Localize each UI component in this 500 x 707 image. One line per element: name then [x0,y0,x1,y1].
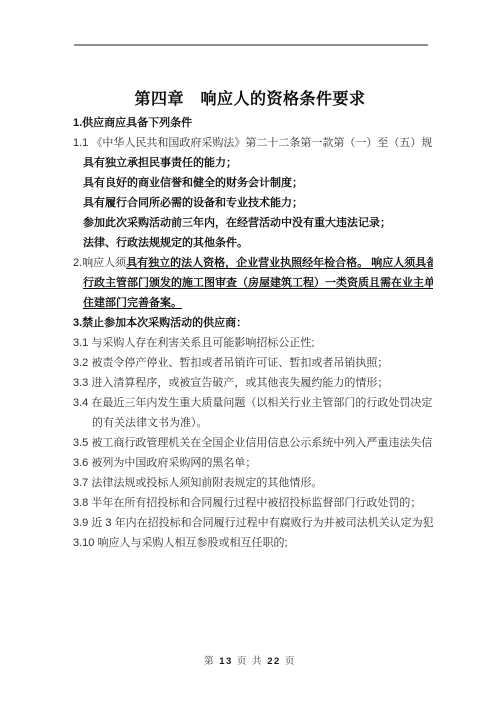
doc-line-condition-e: 法律、行政法规规定的其他条件。 [73,233,433,253]
doc-line-3-7: 3.7 法律法规或投标人须知前附表规定的其他情形。 [73,473,433,493]
doc-line-condition-d: 参加此次采购活动前三年内，在经营活动中没有重大违法记录； [73,213,433,233]
page-number-footer: 第 13 页 共 22 页 [0,653,500,667]
doc-line-1-1: 1.1 《中华人民共和国政府采购法》第二十二条第一款第（一）至（五）规定的条件： [73,133,433,153]
doc-line-section2-part2: 行政主管部门颁发的施工图审查（房屋建筑工程）一类资质且需在业主单位所在地的市级 [73,273,433,293]
doc-line-3-4: 3.4 在最近三年内发生重大质量问题（以相关行业主管部门的行政处罚决定或司法机关… [73,393,433,413]
doc-line-3-1: 3.1 与采购人存在利害关系且可能影响招标公正性; [73,333,433,353]
doc-line-3-2: 3.2 被责令停产停业、暂扣或者吊销许可证、暂扣或者吊销执照； [73,353,433,373]
doc-line-3-6: 3.6 被列为中国政府采购网的黑名单； [73,453,433,473]
document-body: 1.供应商应具备下列条件 1.1 《中华人民共和国政府采购法》第二十二条第一款第… [73,113,433,553]
chapter-title: 第四章 响应人的资格条件要求 [0,86,500,109]
doc-line-3-8: 3.8 半年在所有招投标和合同履行过程中被招投标监督部门行政处罚的； [73,493,433,513]
doc-line-3-4-cont: 的有关法律文书为准）。 [73,413,433,433]
doc-line-section2-part1: 2.响应人须具有独立的法人资格，企业营业执照经年检合格。 响应人须具备具有国家建… [73,253,433,273]
doc-line-3-5: 3.5 被工商行政管理机关在全国企业信用信息公示系统中列入严重违法失信企业名单； [73,433,433,453]
doc-line-condition-a: 具有独立承担民事责任的能力； [73,153,433,173]
footer-label-of: 页 共 [233,656,267,667]
footer-total-pages: 22 [267,656,281,667]
document-page: 第四章 响应人的资格条件要求 1.供应商应具备下列条件 1.1 《中华人民共和国… [0,0,500,707]
doc-line-section3-heading: 3.禁止参加本次采购活动的供应商： [73,313,433,333]
doc-line-section1-heading: 1.供应商应具备下列条件 [73,113,433,133]
footer-label-pages: 页 [281,656,296,667]
footer-current-page: 13 [219,656,233,667]
doc-line-section2-part3: 住建部门完善备案。 [73,293,433,313]
doc-line-section2-prefix: 2.响应人须 [73,257,126,269]
header-rule-line [74,44,428,46]
doc-line-condition-b: 具有良好的商业信誉和健全的财务会计制度； [73,173,433,193]
doc-line-condition-c: 具有履行合同所必需的设备和专业技术能力； [73,193,433,213]
doc-line-3-10: 3.10 响应人与采购人相互参股或相互任职的; [73,533,433,553]
doc-line-3-3: 3.3 进入清算程序，或被宣告破产，或其他丧失履约能力的情形； [73,373,433,393]
footer-label-page: 第 [204,656,219,667]
doc-line-3-9: 3.9 近 3 年内在招投标和合同履行过程中有腐败行为并被司法机关认定为犯罪的； [73,513,433,533]
doc-line-section2-emphasis: 具有独立的法人资格，企业营业执照经年检合格。 响应人须具备具有国家建设 [126,257,433,269]
